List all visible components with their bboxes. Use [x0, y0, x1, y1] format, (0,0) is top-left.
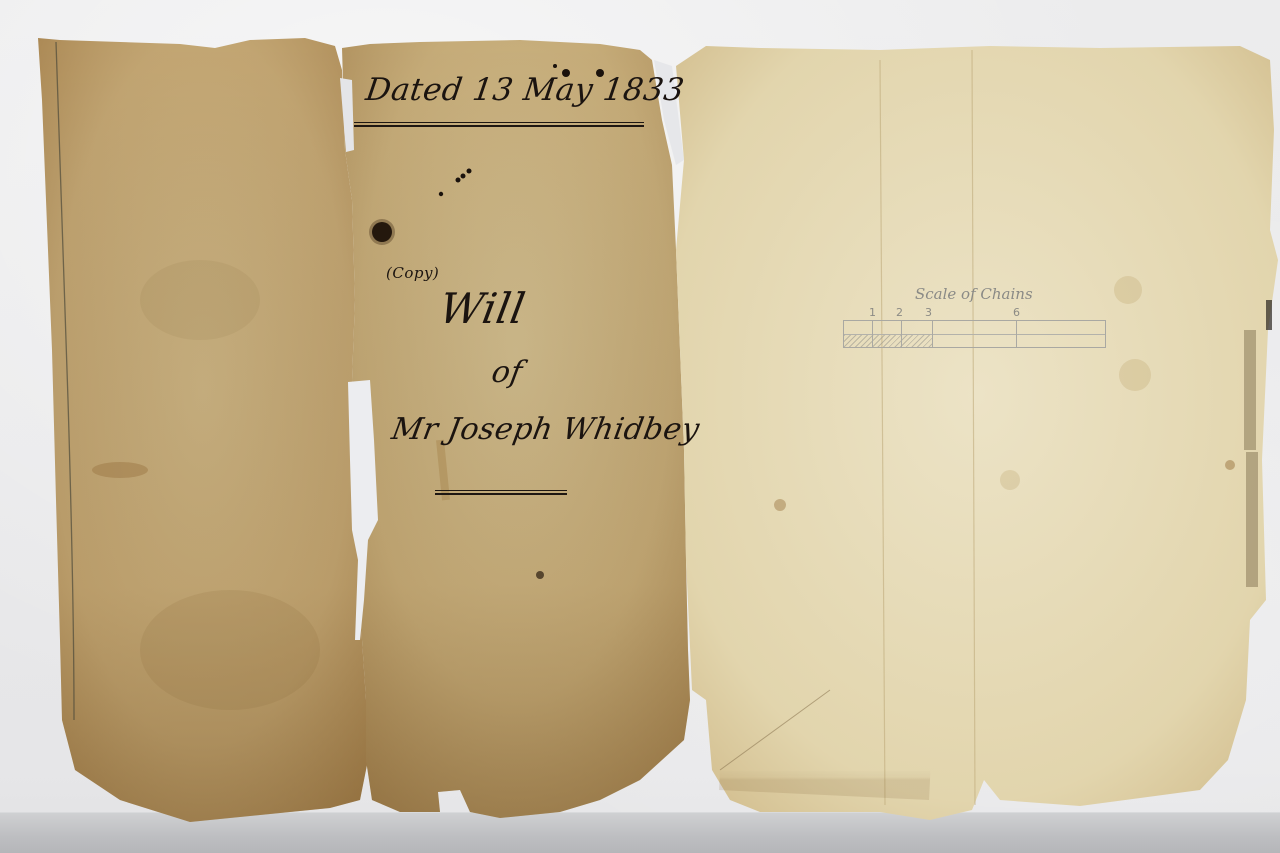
scale-tick-6 — [1016, 321, 1017, 347]
scale-tick-2 — [901, 321, 902, 347]
of-connector: of — [489, 355, 525, 390]
scale-tick-label-3: 3 — [925, 306, 932, 319]
copy-note: (Copy) — [386, 264, 439, 282]
scale-label: Scale of Chains — [915, 285, 1033, 303]
scale-tick-3 — [932, 321, 933, 347]
scale-bar-midline — [844, 334, 1105, 335]
dated-underline-thick — [354, 125, 644, 127]
dated-line: Dated 13 May 1833 — [363, 72, 686, 108]
scale-tick-1 — [872, 321, 873, 347]
name-underline-thin — [435, 490, 567, 491]
scale-bar-hatched-segment — [844, 335, 932, 347]
scale-bar — [843, 320, 1106, 348]
dated-underline-thin — [354, 122, 644, 123]
scale-tick-label-1: 1 — [869, 306, 876, 319]
scale-tick-label-6: 6 — [1013, 306, 1020, 319]
right-sheet-panel — [676, 46, 1278, 820]
scale-tick-label-2: 2 — [896, 306, 903, 319]
will-title: Will — [436, 284, 529, 333]
left-flap-panel — [38, 38, 368, 822]
name-underline-thick — [435, 493, 567, 495]
testator-name: Mr Joseph Whidbey — [389, 412, 702, 447]
